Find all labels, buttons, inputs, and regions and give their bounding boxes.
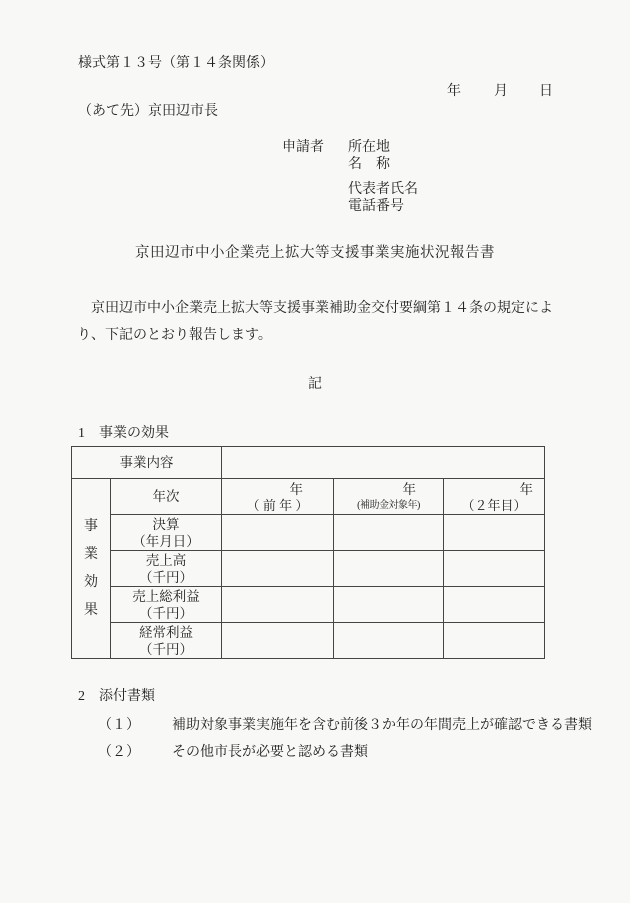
year-header-prev-cell: 年 （ 前 年 ） [222, 479, 334, 515]
year-header-line1: 年 [334, 480, 443, 498]
row-label-line1: 売上高 [111, 552, 221, 569]
row-label-line1: 決算 [111, 516, 221, 533]
year-header-second-cell: 年 （２年目） [444, 479, 545, 515]
row-label-line2: （千円） [111, 569, 221, 586]
row-label-cell: 売上総利益 （千円） [111, 587, 222, 623]
date-year-label: 年 [447, 80, 461, 100]
table-row-business-content: 事業内容 [72, 447, 545, 479]
table-row-year-header: 事 業 効 果 年次 年 （ 前 年 ） 年 (補助金対象年) 年 （２年目） [72, 479, 545, 515]
row-label-cell: 売上高 （千円） [111, 551, 222, 587]
row-label-line1: 経常利益 [111, 624, 221, 641]
row-label-line2: （年月日） [111, 533, 221, 550]
table-row-sales: 売上高 （千円） [72, 551, 545, 587]
year-column-label-cell: 年次 [111, 479, 222, 515]
year-header-line1: 年 [444, 480, 544, 498]
business-content-value-cell [222, 447, 545, 479]
vertical-label-char: 果 [72, 597, 110, 625]
year-header-line1: 年 [222, 480, 333, 498]
table-cell-empty [444, 515, 545, 551]
year-header-line2: (補助金対象年) [334, 498, 443, 514]
table-cell-empty [222, 623, 334, 659]
section2-heading: 2 添付書類 [78, 685, 155, 705]
attachment-item: （２）その他市長が必要と認める書類 [98, 741, 368, 761]
year-header-line2: （２年目） [444, 498, 544, 514]
table-cell-empty [334, 587, 444, 623]
document-page: 様式第１３号（第１４条関係） 年 月 日 （あて先）京田辺市長 申請者 所在地 … [0, 0, 630, 903]
section1-heading: 1 事業の効果 [78, 422, 169, 442]
business-effect-table: 事業内容 事 業 効 果 年次 年 （ 前 年 ） 年 (補助金対象年) [71, 446, 545, 659]
table-cell-empty [444, 587, 545, 623]
date-day-label: 日 [539, 80, 553, 100]
form-number: 様式第１３号（第１４条関係） [78, 52, 274, 72]
applicant-label: 申請者 [282, 136, 324, 156]
vertical-label-char: 事 [72, 513, 110, 541]
year-header-line2: （ 前 年 ） [222, 498, 333, 514]
body-line-1: 京田辺市中小企業売上拡大等支援事業補助金交付要綱第１４条の規定によ [77, 297, 553, 317]
table-cell-empty [334, 623, 444, 659]
table-row-settlement: 決算 （年月日） [72, 515, 545, 551]
table-row-gross-profit: 売上総利益 （千円） [72, 587, 545, 623]
table-row-ordinary-profit: 経常利益 （千円） [72, 623, 545, 659]
row-label-cell: 決算 （年月日） [111, 515, 222, 551]
addressee: （あて先）京田辺市長 [78, 100, 218, 120]
row-label-line2: （千円） [111, 605, 221, 622]
table-cell-empty [444, 623, 545, 659]
table-cell-empty [222, 587, 334, 623]
date-month-label: 月 [494, 80, 508, 100]
row-label-line1: 売上総利益 [111, 588, 221, 605]
attachment-item-text: その他市長が必要と認める書類 [172, 745, 368, 760]
year-header-subsidy-cell: 年 (補助金対象年) [334, 479, 444, 515]
row-label-cell: 経常利益 （千円） [111, 623, 222, 659]
row-label-line2: （千円） [111, 641, 221, 658]
vertical-label-char: 業 [72, 541, 110, 569]
attachment-item-number: （１） [98, 714, 172, 734]
record-marker: 記 [0, 373, 630, 393]
table-cell-empty [334, 515, 444, 551]
table-cell-empty [222, 551, 334, 587]
attachment-item-number: （２） [98, 741, 172, 761]
applicant-name-label: 名 称 [348, 153, 390, 173]
document-title: 京田辺市中小企業売上拡大等支援事業実施状況報告書 [0, 241, 630, 262]
attachment-item: （１）補助対象事業実施年を含む前後３か年の年間売上が確認できる書類 [98, 714, 592, 734]
attachment-item-text: 補助対象事業実施年を含む前後３か年の年間売上が確認できる書類 [172, 718, 592, 733]
applicant-phone-label: 電話番号 [348, 195, 404, 215]
table-cell-empty [222, 515, 334, 551]
body-line-2: り、下記のとおり報告します。 [77, 324, 272, 344]
table-cell-empty [444, 551, 545, 587]
business-content-label-cell: 事業内容 [72, 447, 222, 479]
vertical-label-char: 効 [72, 569, 110, 597]
vertical-label-cell: 事 業 効 果 [72, 479, 111, 659]
table-cell-empty [334, 551, 444, 587]
